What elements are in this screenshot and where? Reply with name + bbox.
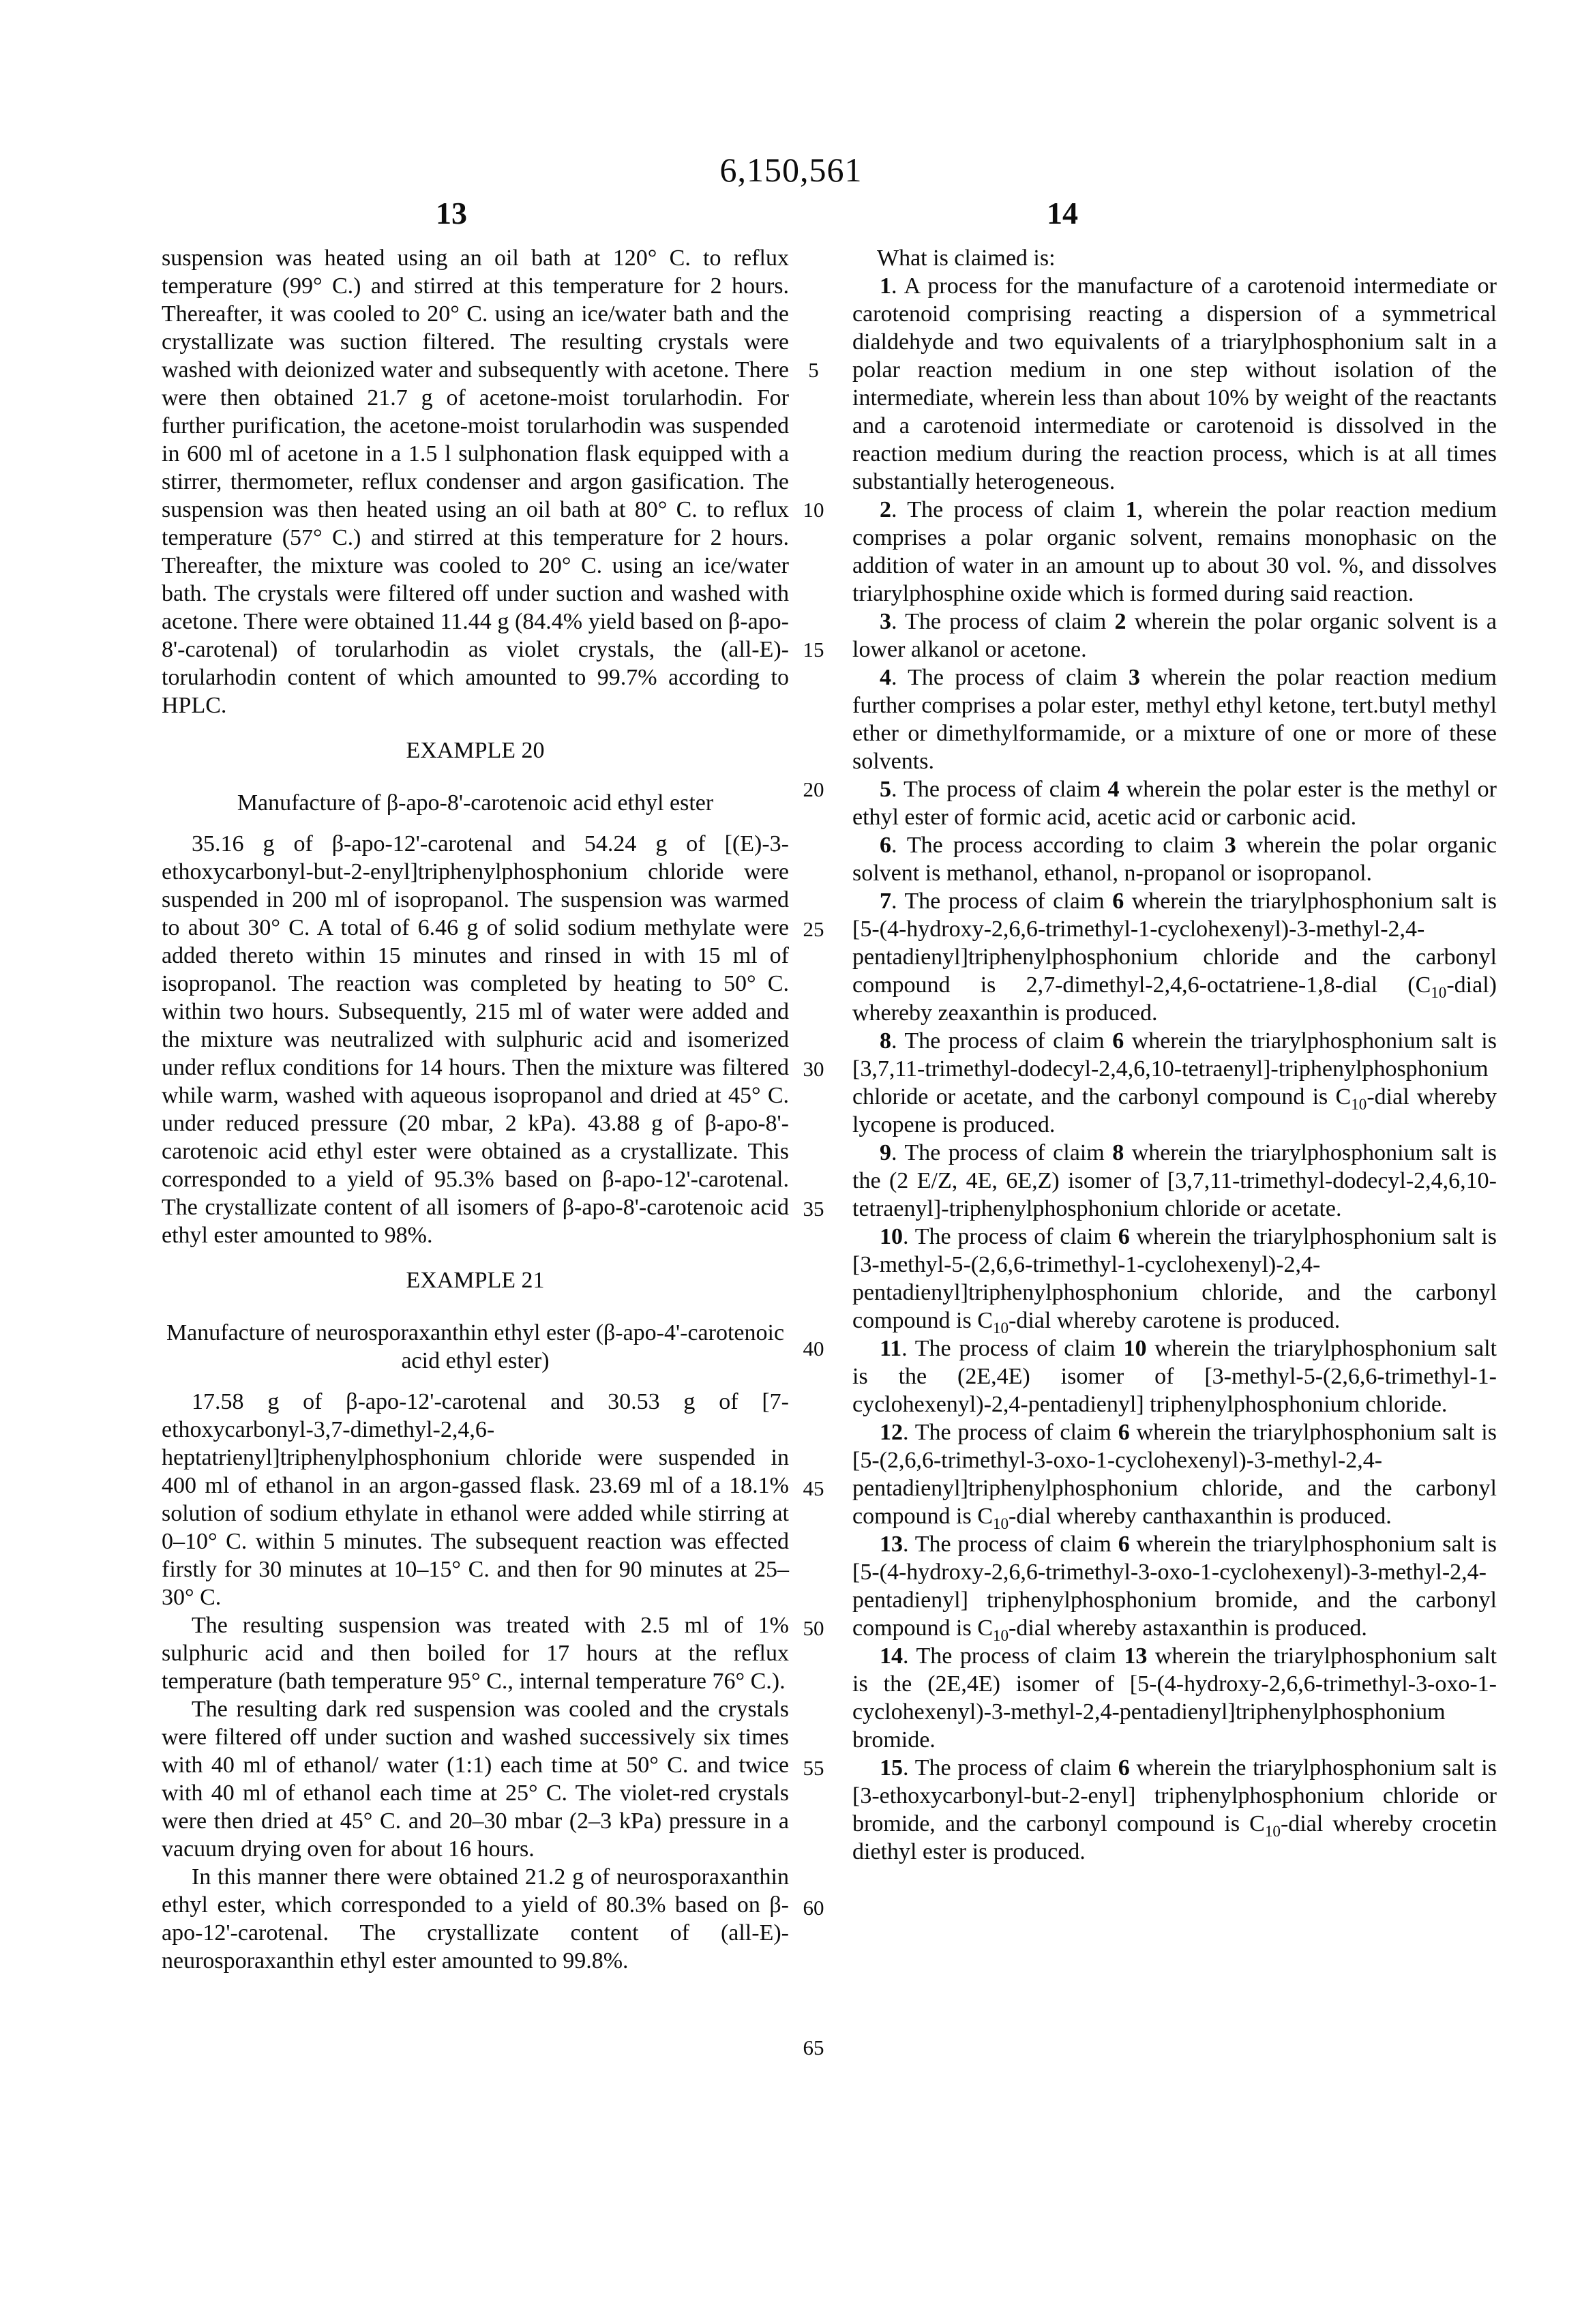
- claim-number: 2: [880, 497, 891, 522]
- claim-number: 8: [880, 1028, 891, 1054]
- subscript: 10: [1431, 984, 1446, 1002]
- body-paragraph: The resulting dark red suspension was co…: [162, 1695, 789, 1863]
- line-number-30: 30: [790, 1055, 837, 1083]
- claim-number: 12: [880, 1420, 903, 1445]
- claim-text: . The process of claim: [891, 609, 1114, 634]
- claim-number: 6: [1118, 1532, 1130, 1557]
- body-paragraph: 17.58 g of β-apo-12'-carotenal and 30.53…: [162, 1388, 789, 1611]
- claim-paragraph-14: 14. The process of claim 13 wherein the …: [852, 1642, 1497, 1754]
- claim-number: 6: [1112, 1028, 1124, 1054]
- claim-paragraph-7: 7. The process of claim 6 wherein the tr…: [852, 887, 1497, 1027]
- claim-text: . The process of claim: [903, 1224, 1118, 1249]
- claim-paragraph-10: 10. The process of claim 6 wherein the t…: [852, 1223, 1497, 1335]
- claim-number: 7: [880, 889, 891, 914]
- claim-text: -dial whereby astaxanthin is produced.: [1009, 1615, 1367, 1641]
- line-number-10: 10: [790, 496, 837, 524]
- claim-number: 6: [1112, 889, 1124, 914]
- claim-paragraph-15: 15. The process of claim 6 wherein the t…: [852, 1754, 1497, 1866]
- column-number-left: 13: [376, 195, 526, 231]
- line-number-35: 35: [790, 1195, 837, 1223]
- body-paragraph: In this manner there were obtained 21.2 …: [162, 1863, 789, 1975]
- right-column: What is claimed is: 1. A process for the…: [852, 244, 1497, 1866]
- claim-paragraph-1: 1. A process for the manufacture of a ca…: [852, 272, 1497, 496]
- claim-text: . The process of claim: [903, 1532, 1118, 1557]
- claim-number: 5: [880, 777, 891, 802]
- example-heading: EXAMPLE 20: [162, 736, 789, 764]
- line-number-50: 50: [790, 1614, 837, 1642]
- line-number-40: 40: [790, 1335, 837, 1362]
- claim-number: 9: [880, 1140, 891, 1165]
- line-number-20: 20: [790, 775, 837, 803]
- claim-paragraph-4: 4. The process of claim 3 wherein the po…: [852, 664, 1497, 775]
- claim-paragraph-11: 11. The process of claim 10 wherein the …: [852, 1335, 1497, 1418]
- example-subheading: Manufacture of neurosporaxanthin ethyl e…: [162, 1319, 789, 1375]
- claim-number: 13: [1124, 1643, 1147, 1669]
- claim-paragraph-2: 2. The process of claim 1, wherein the p…: [852, 496, 1497, 608]
- claim-paragraph-12: 12. The process of claim 6 wherein the t…: [852, 1418, 1497, 1530]
- claim-number: 13: [880, 1532, 903, 1557]
- claim-number: 4: [880, 665, 891, 690]
- claim-text: . A process for the manufacture of a car…: [852, 273, 1497, 494]
- claim-number: 6: [1118, 1224, 1130, 1249]
- claim-text: -dial whereby canthaxanthin is produced.: [1009, 1504, 1392, 1529]
- claim-number: 1: [880, 273, 891, 299]
- line-number-55: 55: [790, 1754, 837, 1782]
- body-paragraph: suspension was heated using an oil bath …: [162, 244, 789, 719]
- claim-text: . The process of claim: [891, 497, 1126, 522]
- claim-paragraph-9: 9. The process of claim 8 wherein the tr…: [852, 1139, 1497, 1223]
- claim-text: -dial whereby carotene is produced.: [1009, 1308, 1340, 1333]
- claim-text: . The process of claim: [891, 665, 1129, 690]
- body-paragraph: 35.16 g of β-apo-12'-carotenal and 54.24…: [162, 830, 789, 1249]
- claim-paragraph-8: 8. The process of claim 6 wherein the tr…: [852, 1027, 1497, 1139]
- claim-number: 6: [1118, 1755, 1130, 1781]
- claim-text: . The process of claim: [891, 889, 1112, 914]
- claim-number: 14: [880, 1643, 903, 1669]
- claim-number: 2: [1114, 609, 1126, 634]
- claim-paragraph-13: 13. The process of claim 6 wherein the t…: [852, 1530, 1497, 1642]
- claim-text: . The process of claim: [891, 1028, 1112, 1054]
- claim-paragraph-3: 3. The process of claim 2 wherein the po…: [852, 608, 1497, 664]
- claim-paragraph-5: 5. The process of claim 4 wherein the po…: [852, 775, 1497, 831]
- left-column: suspension was heated using an oil bath …: [162, 244, 789, 1975]
- claim-number: 10: [1123, 1336, 1146, 1361]
- subscript: 10: [1351, 1096, 1367, 1114]
- claim-number: 11: [880, 1336, 901, 1361]
- claim-text: . The process of claim: [901, 1336, 1123, 1361]
- subscript: 10: [1265, 1823, 1281, 1841]
- claim-paragraph-6: 6. The process according to claim 3 wher…: [852, 831, 1497, 887]
- claim-text: . The process of claim: [903, 1755, 1118, 1781]
- line-number-45: 45: [790, 1474, 837, 1502]
- claim-number: 8: [1112, 1140, 1124, 1165]
- column-number-right: 14: [987, 195, 1137, 231]
- line-number-5: 5: [790, 356, 837, 384]
- claim-number: 3: [1129, 665, 1140, 690]
- claim-text: . The process according to claim: [891, 833, 1225, 858]
- claim-text: . The process of claim: [891, 777, 1107, 802]
- claim-number: 1: [1126, 497, 1137, 522]
- claim-text: . The process of claim: [891, 1140, 1112, 1165]
- line-number-65: 65: [790, 2033, 837, 2061]
- claims-intro: What is claimed is:: [852, 244, 1497, 272]
- claim-number: 3: [880, 609, 891, 634]
- body-paragraph: The resulting suspension was treated wit…: [162, 1611, 789, 1695]
- line-number-25: 25: [790, 915, 837, 943]
- claim-text: . The process of claim: [903, 1420, 1118, 1445]
- claim-number: 6: [880, 833, 891, 858]
- claim-number: 4: [1107, 777, 1119, 802]
- patent-number: 6,150,561: [0, 150, 1582, 190]
- claim-number: 15: [880, 1755, 903, 1781]
- line-number-15: 15: [790, 636, 837, 664]
- example-heading: EXAMPLE 21: [162, 1266, 789, 1294]
- example-subheading: Manufacture of β-apo-8'-carotenoic acid …: [162, 789, 789, 817]
- claim-text: . The process of claim: [903, 1643, 1124, 1669]
- line-number-60: 60: [790, 1894, 837, 1922]
- claim-number: 3: [1225, 833, 1236, 858]
- claim-number: 6: [1118, 1420, 1130, 1445]
- claim-number: 10: [880, 1224, 903, 1249]
